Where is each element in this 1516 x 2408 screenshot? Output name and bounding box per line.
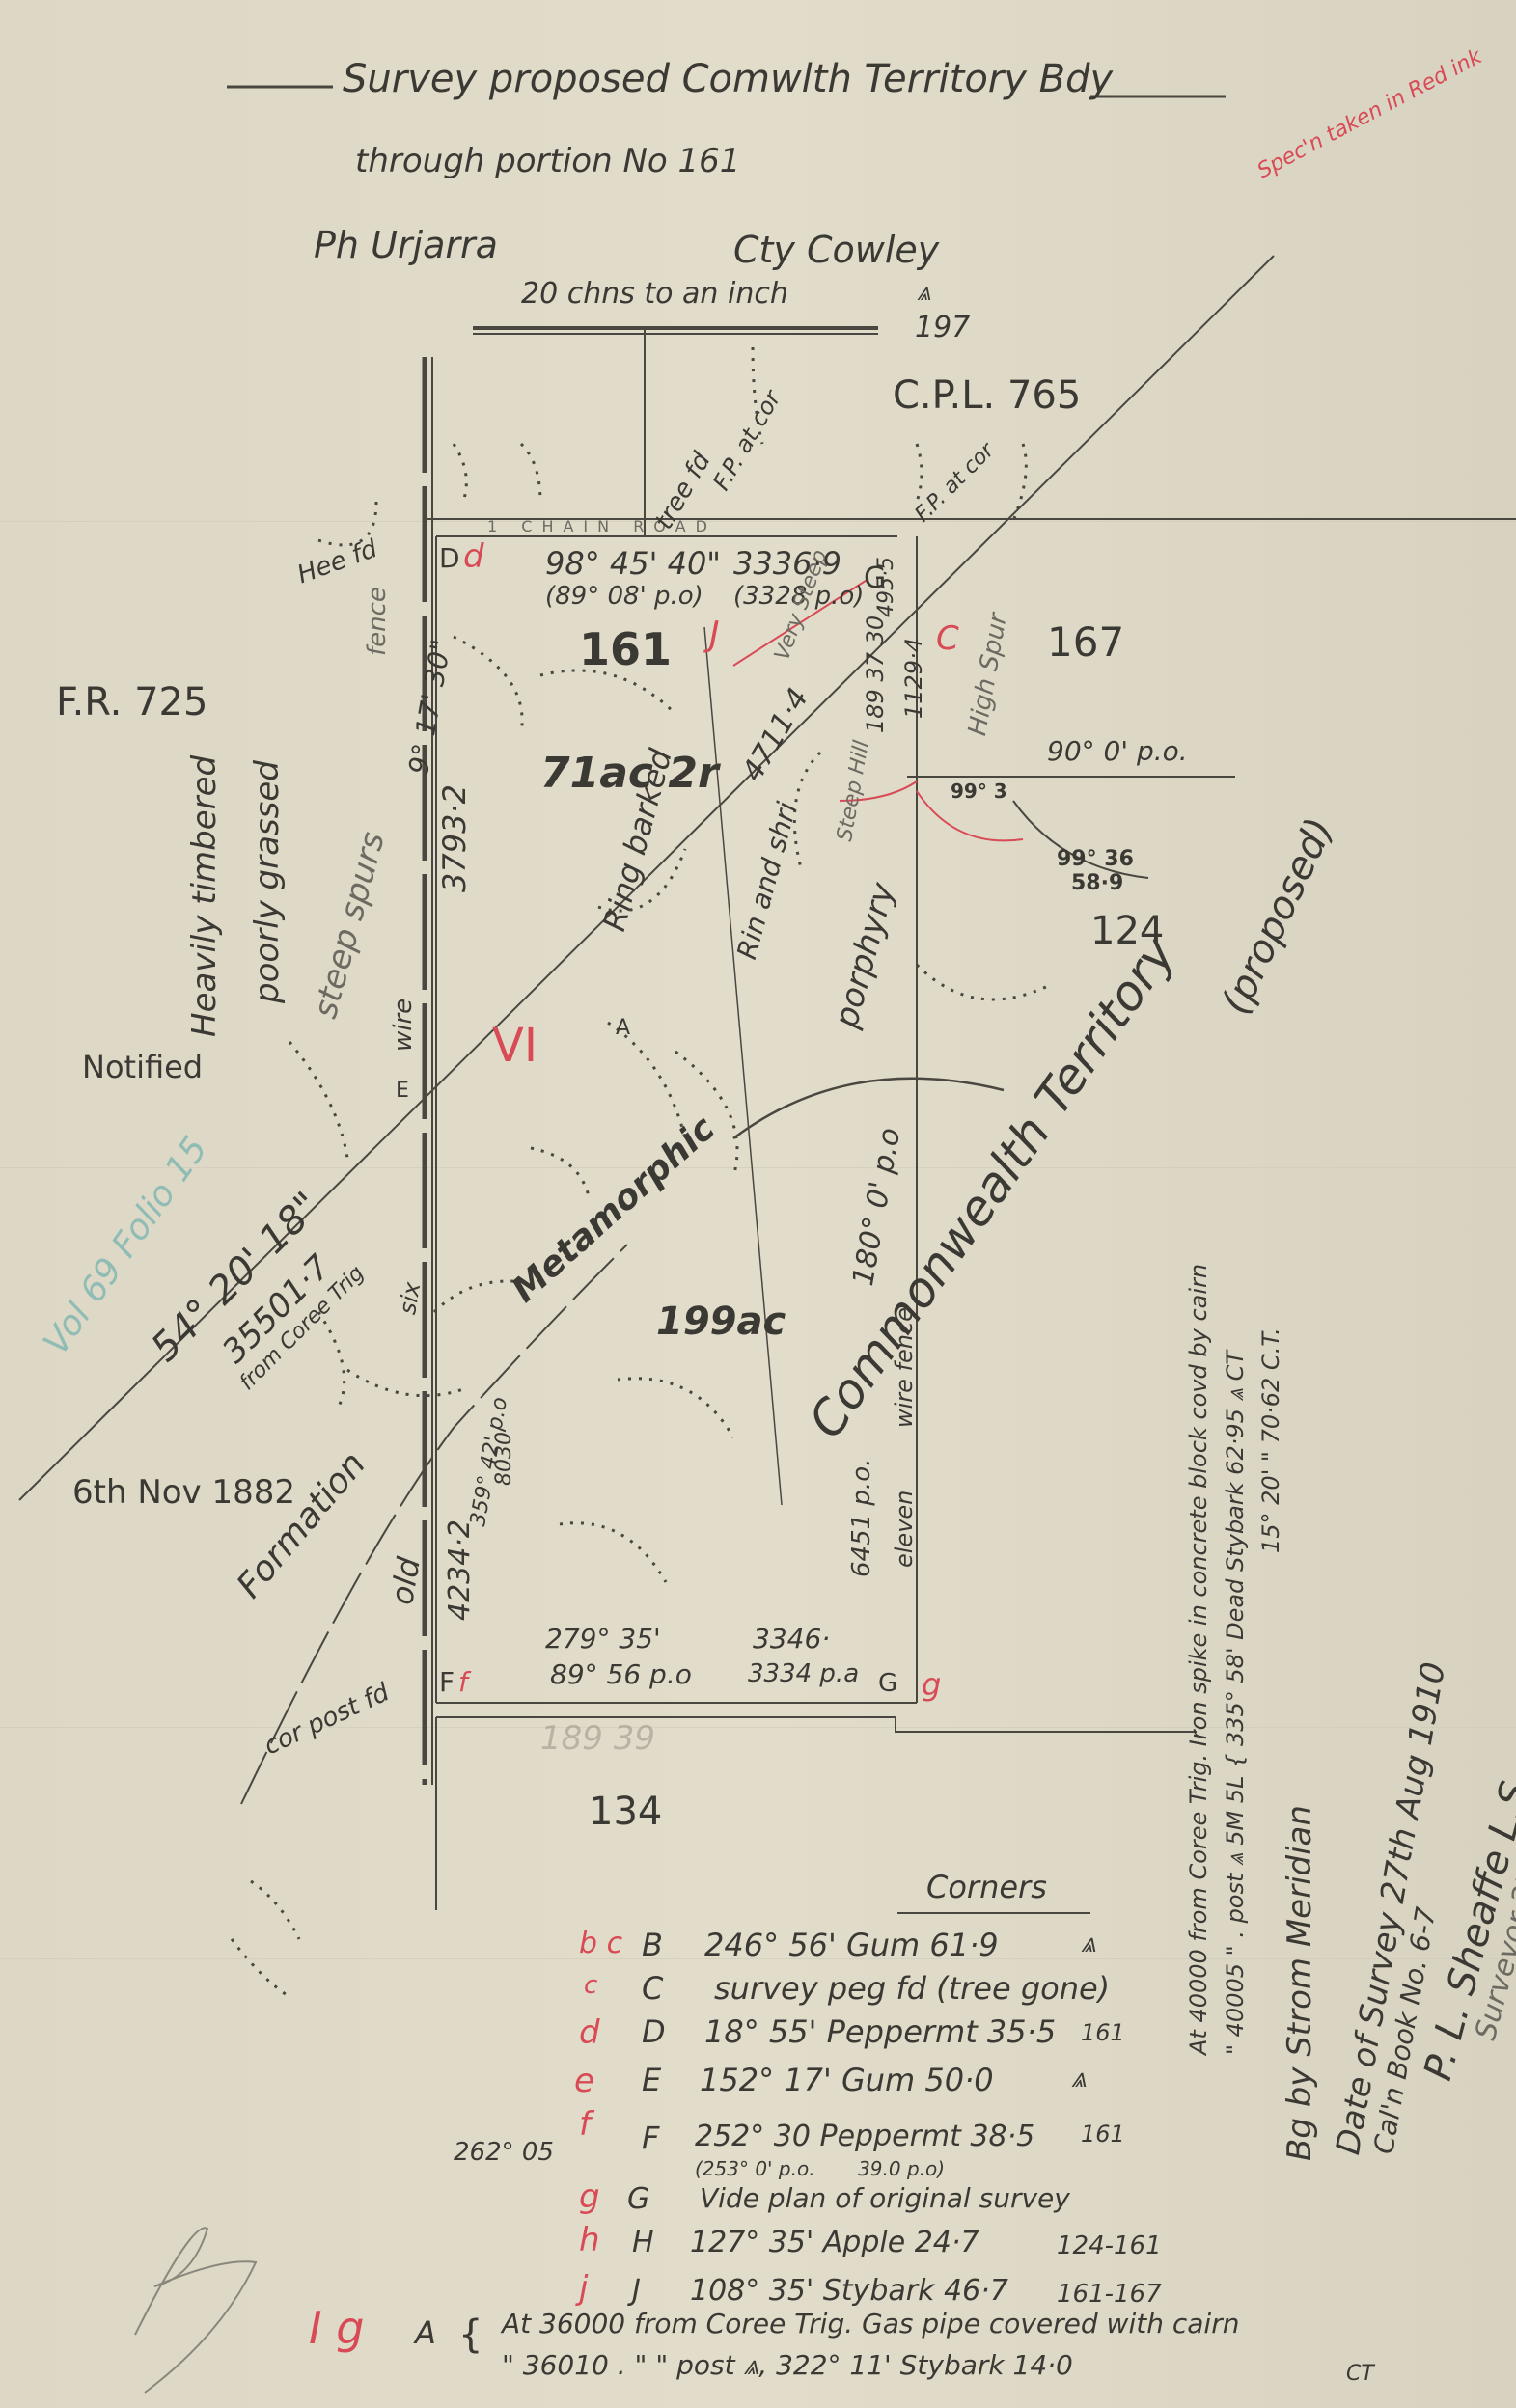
pencil-initials-icon <box>0 0 1516 2408</box>
